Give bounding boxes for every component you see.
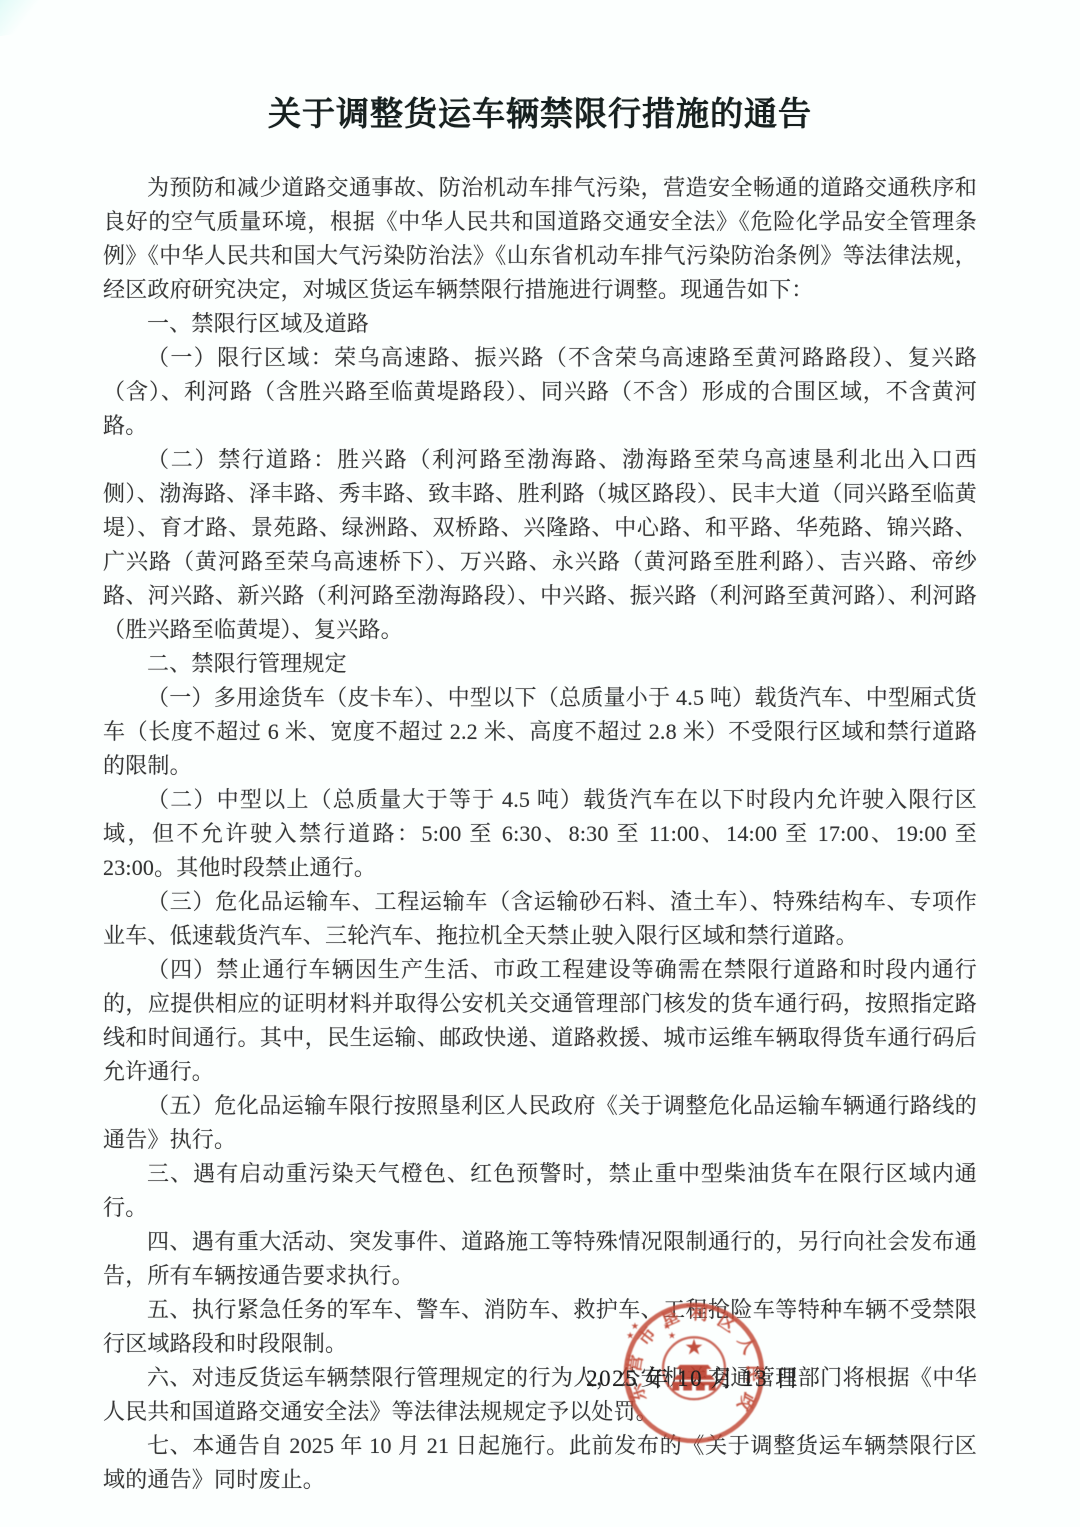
notice-paragraph: 一、禁限行区域及道路 — [103, 307, 977, 341]
seal-authority-text: 东营市垦利区人民政府 — [620, 1299, 764, 1415]
notice-paragraph: （二）中型以上（总质量大于等于 4.5 吨）载货汽车在以下时段内允许驶入限行区域… — [103, 783, 977, 885]
notice-paragraph: （二）禁行道路：胜兴路（利河路至渤海路、渤海路至荣乌高速垦利北出入口西侧）、渤海… — [103, 443, 977, 647]
notice-paragraph: 四、遇有重大活动、突发事件、道路施工等特殊情况限制通行的，另行向社会发布通告，所… — [103, 1225, 977, 1293]
notice-body: 为预防和减少道路交通事故、防治机动车排气污染，营造安全畅通的道路交通秩序和良好的… — [0, 135, 1080, 1497]
notice-paragraph: （一）多用途货车（皮卡车）、中型以下（总质量小于 4.5 吨）载货汽车、中型厢式… — [103, 681, 977, 783]
notice-paragraph: 六、对违反货运车辆禁限行管理规定的行为人，公安机关交通管理部门将根据《中华人民共… — [103, 1361, 977, 1429]
notice-title: 关于调整货运车辆禁限行措施的通告 — [0, 0, 1080, 135]
notice-document-page: 关于调整货运车辆禁限行措施的通告 为预防和减少道路交通事故、防治机动车排气污染，… — [0, 0, 1080, 1527]
notice-paragraph: 为预防和减少道路交通事故、防治机动车排气污染，营造安全畅通的道路交通秩序和良好的… — [103, 171, 977, 307]
notice-paragraph: （一）限行区域：荣乌高速路、振兴路（不含荣乌高速路至黄河路路段）、复兴路（含）、… — [103, 341, 977, 443]
notice-paragraph: （三）危化品运输车、工程运输车（含运输砂石料、渣土车）、特殊结构车、专项作业车、… — [103, 885, 977, 953]
notice-paragraph: 七、本通告自 2025 年 10 月 21 日起施行。此前发布的《关于调整货运车… — [103, 1429, 977, 1497]
notice-paragraph: 二、禁限行管理规定 — [103, 647, 977, 681]
seal-date: 2025 年 10 月 13 日 — [586, 1360, 800, 1393]
notice-paragraph: （五）危化品运输车限行按照垦利区人民政府《关于调整危化品运输车辆通行路线的通告》… — [103, 1089, 977, 1157]
svg-text:东营市垦利区人民政府: 东营市垦利区人民政府 — [620, 1299, 764, 1415]
notice-paragraph: （四）禁止通行车辆因生产生活、市政工程建设等确需在禁限行道路和时段内通行的，应提… — [103, 953, 977, 1089]
notice-paragraph: 五、执行紧急任务的军车、警车、消防车、救护车、工程抢险车等特种车辆不受禁限行区域… — [103, 1293, 977, 1361]
notice-paragraph: 三、遇有启动重污染天气橙色、红色预警时，禁止重中型柴油货车在限行区域内通行。 — [103, 1157, 977, 1225]
